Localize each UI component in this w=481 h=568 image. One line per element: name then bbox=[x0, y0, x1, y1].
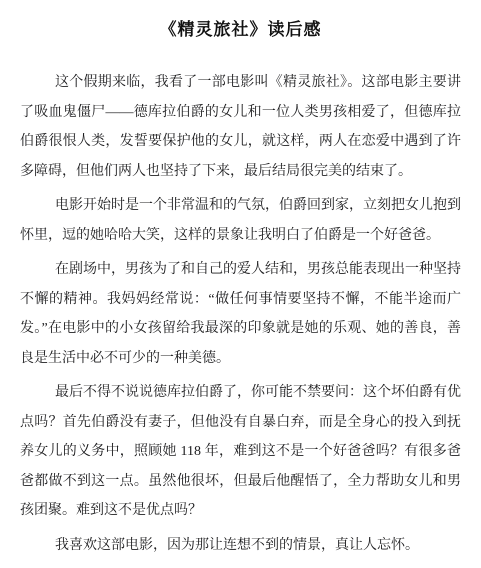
paragraph-5: 我喜欢这部电影，因为那让连想不到的情景，真让人忘怀。 bbox=[20, 531, 461, 561]
paragraph-2: 电影开始时是一个非常温和的气氛，伯爵回到家，立刻把女儿抱到怀里，逗的她哈哈大笑，… bbox=[20, 191, 461, 250]
paragraph-1: 这个假期来临，我看了一部电影叫《精灵旅社》。这部电影主要讲了吸血鬼僵尸——德库拉… bbox=[20, 68, 461, 186]
paragraph-3: 在剧场中，男孩为了和自己的爱人结和，男孩总能表现出一种坚持不懈的精神。我妈妈经常… bbox=[20, 255, 461, 373]
paragraph-4: 最后不得不说说德库拉伯爵了，你可能不禁要问：这个坏伯爵有优点吗？首先伯爵没有妻子… bbox=[20, 378, 461, 526]
document-page: 《精灵旅社》读后感 这个假期来临，我看了一部电影叫《精灵旅社》。这部电影主要讲了… bbox=[0, 0, 481, 568]
document-body: 这个假期来临，我看了一部电影叫《精灵旅社》。这部电影主要讲了吸血鬼僵尸——德库拉… bbox=[20, 68, 461, 560]
document-title: 《精灵旅社》读后感 bbox=[20, 18, 461, 42]
